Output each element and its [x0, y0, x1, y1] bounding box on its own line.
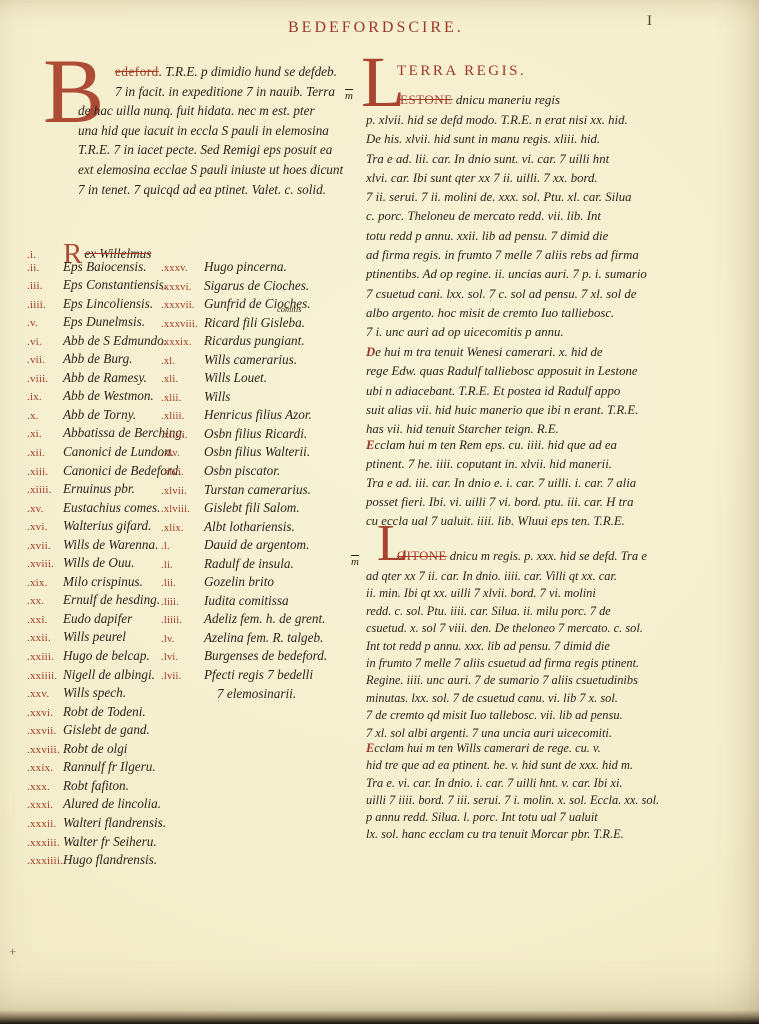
text-line: cu eccla ual 7 ualuit. iiii. lib. Wluui …: [366, 512, 708, 531]
tenant-name: Ernulf de hesding.: [63, 592, 160, 607]
tenant-numeral: .xxix.: [27, 762, 63, 774]
paragraph-lines: De hui m tra tenuit Wenesi camerari. x. …: [366, 343, 708, 439]
text-line: una hid que iacuit in eccla S pauli in e…: [78, 121, 372, 141]
tenant-numeral: .ii.: [27, 262, 63, 274]
tenant-row: .xxxiii.Walter fr Seiheru.: [27, 834, 232, 853]
struck-place-name: edeford: [115, 64, 159, 79]
tenant-name: Canonici de Lundon.: [63, 444, 174, 459]
tenant-name: Abb de Torny.: [63, 407, 136, 422]
tenant-numeral: .xxxi.: [27, 799, 63, 811]
tenant-numeral: .xxxii.: [27, 818, 63, 830]
terra-regis-heading: TERRA REGIS.: [397, 63, 526, 80]
tenant-name: Eps Constantiensis.: [63, 277, 167, 292]
tenant-numeral: .xxxv.: [161, 263, 204, 274]
tenant-row: .xxix.Rannulf fr Ilgeru.: [27, 759, 232, 778]
tenant-numeral: .iiii.: [27, 299, 63, 311]
tenant-name: Adeliz fem. h. de grent.: [204, 611, 325, 626]
tenant-numeral: .liiii.: [161, 615, 204, 626]
text-line: 7 in facit. in expeditione 7 in nauib. T…: [115, 82, 372, 102]
tenant-name: Dauid de argentom.: [204, 537, 309, 552]
lestone-paragraph: p. xlvii. hid se defd modo. T.R.E. n era…: [366, 111, 708, 343]
tenant-name: Wills de Ouu.: [63, 555, 134, 570]
text-line: totu redd p annu. xxii. lib ad pensu. 7 …: [366, 227, 708, 246]
tenant-numeral: .xlvi.: [161, 467, 204, 478]
text-line: posset fieri. Ibi. vi. uilli 7 vi. bord.…: [366, 493, 708, 512]
text-line: Regine. iiii. unc auri. 7 de sumario 7 a…: [366, 672, 708, 689]
tenant-name: Turstan camerarius.: [204, 482, 311, 497]
tenant-row: .l.Dauid de argentom.: [161, 537, 406, 556]
opening-paragraph: edeford. T.R.E. p dimidio hund se defdeb…: [78, 62, 372, 199]
tenant-row: .xxvi.Robt de Todeni.: [27, 704, 232, 723]
tenant-name: Albt lothariensis.: [204, 519, 295, 534]
text-line: Ecclam hui m ten Rem eps. cu. iiii. hid …: [366, 436, 708, 455]
tenant-numeral: .xl.: [161, 356, 204, 367]
tenant-name: Osbn filius Walterii.: [204, 444, 310, 459]
tenant-name: Hugo flandrensis.: [63, 852, 157, 867]
tenant-numeral: .xxx.: [27, 781, 63, 793]
tenant-numeral: .ix.: [27, 391, 63, 403]
tenant-name: Radulf de insula.: [204, 556, 294, 571]
tenant-name: Hugo pincerna.: [204, 259, 287, 274]
tenant-numeral: .v.: [27, 317, 63, 329]
tenant-name: Robt de Todeni.: [63, 704, 146, 719]
text-line: 7 de cremto qd misit Iuo tallebosc. vii.…: [366, 707, 708, 724]
text-line: uilli 7 iiii. bord. 7 iii. serui. 7 i. m…: [366, 792, 708, 809]
tenant-numeral: .xli.: [161, 374, 204, 385]
tenant-numeral: .lii.: [161, 578, 204, 589]
tenant-name: Wills spech.: [63, 685, 126, 700]
text-line: de hac uilla nunq. fuit hidata. nec m es…: [78, 101, 372, 121]
tenant-name: Robt de olgi: [63, 741, 127, 756]
text-line: xlvi. car. Ibi sunt qter xx 7 ii. uilli.…: [366, 169, 708, 188]
tenant-name: Milo crispinus.: [63, 574, 143, 589]
tenant-numeral: .xiii.: [27, 466, 63, 478]
interlinear-gloss: comitis: [277, 304, 302, 314]
margin-cross-mark: +: [9, 944, 16, 960]
text-line: ptinent. 7 he. iiii. coputant in. xlvii.…: [366, 455, 708, 474]
tenant-numeral: .xv.: [27, 503, 63, 515]
opening-lines: 7 in facit. in expeditione 7 in nauib. T…: [78, 82, 372, 200]
tenant-numeral: .liii.: [161, 597, 204, 608]
page-bottom-edge: [0, 1010, 759, 1024]
tenant-numeral: .xii.: [27, 447, 63, 459]
tenant-numeral: .xlix.: [161, 523, 204, 534]
tenant-numeral: .xxxix.: [161, 337, 204, 348]
paragraph-lines: p. xlvii. hid se defd modo. T.R.E. n era…: [366, 111, 708, 343]
text-line: De hui m tra tenuit Wenesi camerari. x. …: [366, 343, 708, 362]
text-line: hid tre que ad ea ptinent. he. v. hid su…: [366, 757, 708, 774]
text-line: 7 i. unc auri ad op uicecomitis p annu.: [366, 323, 708, 342]
tenant-numeral: .xxv.: [27, 688, 63, 700]
tenant-numeral: .xxxvi.: [161, 282, 204, 293]
tenant-name: Gislebt fili Salom.: [204, 500, 300, 515]
text-line: Tra e. vi. car. In dnio. i. car. 7 uilli…: [366, 775, 708, 792]
text-line: c. porc. Theloneu de mercato redd. vii. …: [366, 207, 708, 226]
tenant-name: Hugo de belcap.: [63, 648, 150, 663]
text-line: p annu redd. Silua. l. porc. Int totu ua…: [366, 809, 708, 826]
tenant-name: Abb de Ramesy.: [63, 370, 147, 385]
tenant-name: Rannulf fr Ilgeru.: [63, 759, 156, 774]
tenant-numeral: .xvii.: [27, 540, 63, 552]
tenant-name: Eps Baiocensis.: [63, 259, 147, 274]
tenant-name: Osbn piscator.: [204, 463, 280, 478]
tenant-name: Wills camerarius.: [204, 352, 297, 367]
tenant-name: Iudita comitissa: [204, 593, 289, 608]
tenant-numeral: .xvi.: [27, 521, 63, 533]
tenant-numeral: .xxiiii.: [27, 670, 63, 682]
text-line: lx. sol. hanc ecclam cu tra tenuit Morca…: [366, 826, 708, 843]
tenant-numeral: .xix.: [27, 577, 63, 589]
tenant-name: Eudo dapifer: [63, 611, 132, 626]
tenant-name: Walterius gifard.: [63, 518, 151, 533]
tenant-numeral: .xxii.: [27, 632, 63, 644]
tenant-row: .xxvii.Gislebt de gand.: [27, 722, 232, 741]
tenant-name: Nigell de albingi.: [63, 667, 155, 682]
tenant-name: Osbn filius Ricardi.: [204, 426, 307, 441]
ecclesia-loitone-paragraph: Ecclam hui m ten Wills camerari de rege.…: [366, 740, 708, 844]
tenant-numeral: .xxiii.: [27, 651, 63, 663]
text-line: ESTONE dnicu maneriu regis: [400, 92, 560, 108]
tenant-numeral: .l.: [161, 541, 204, 552]
tenant-name: Wills peurel: [63, 629, 126, 644]
tenant-numeral: .lvi.: [161, 652, 204, 663]
text-line: Ecclam hui m ten Wills camerari de rege.…: [366, 740, 708, 757]
tenant-name: Eustachius comes.: [63, 500, 160, 515]
tenant-name: Walteri flandrensis.: [63, 815, 166, 830]
text-line: albo argento. hoc misit de cremto Iuo ta…: [366, 304, 708, 323]
tenant-numeral: .x.: [27, 410, 63, 422]
tenant-name: Ernuinus pbr.: [63, 481, 135, 496]
text-line: ad firma regis. in frumto 7 melle 7 alii…: [366, 246, 708, 265]
text-line: 7 ii. serui. 7 ii. molini de. xxx. sol. …: [366, 188, 708, 207]
tenant-numeral: .xxviii.: [27, 744, 63, 756]
text-line: edeford. T.R.E. p dimidio hund se defdeb…: [115, 62, 372, 82]
tenant-numeral: .xxxviii.: [161, 319, 204, 330]
tenant-numeral: .xx.: [27, 595, 63, 607]
text-line: ptinentibs. Ad op regine. ii. uncias aur…: [366, 265, 708, 284]
tenant-row: .xxviii.Robt de olgi: [27, 741, 232, 760]
drop-cap-l-lestone: L: [361, 48, 405, 116]
tenant-numeral: .xlv.: [161, 448, 204, 459]
tenant-row: .xxxii.Walteri flandrensis.: [27, 815, 232, 834]
tenant-name: Wills: [204, 389, 230, 404]
tenant-numeral: .vi.: [27, 336, 63, 348]
tenant-numeral: .xliii.: [161, 411, 204, 422]
tenant-row: .xxxi.Alured de lincolia.: [27, 796, 232, 815]
tenant-name: Wills Louet.: [204, 370, 267, 385]
text-line: Tra e ad. iii. car. In dnio e. i. car. 7…: [366, 474, 708, 493]
text-line: T.R.E. 7 in iacet pecte. Sed Remigi eps …: [78, 140, 372, 160]
text-line: ubi n adiacebant. T.R.E. Et postea id Ra…: [366, 382, 708, 401]
tenant-name: Pfecti regis 7 bedelli: [204, 667, 313, 682]
tenant-name: Gislebt de gand.: [63, 722, 150, 737]
tenant-numeral: .xiiii.: [27, 484, 63, 496]
tenant-numeral: .xlii.: [161, 393, 204, 404]
text-line: csuetud. x. sol 7 viii. den. De theloneo…: [366, 620, 708, 637]
text-line: suit alias vii. hid huic manerio que ibi…: [366, 401, 708, 420]
ecclesia-lestone-paragraph: Ecclam hui m ten Rem eps. cu. iiii. hid …: [366, 436, 708, 531]
text-line: OITONE dnicu m regis. p. xxx. hid se def…: [397, 549, 647, 564]
tenant-numeral: .lvii.: [161, 671, 204, 682]
text-line: Int tot redd p annu. xxx. lib ad pensu. …: [366, 638, 708, 655]
tenant-name: Ricardus pungiant.: [204, 333, 305, 348]
text-line: De his. xlvii. hid sunt in manu regis. x…: [366, 130, 708, 149]
tenant-numeral: .xi.: [27, 428, 63, 440]
tenant-numeral: .xxxiiii.: [27, 855, 63, 867]
text-line: redd. c. sol. Ptu. iiii. car. Silua. ii.…: [366, 603, 708, 620]
struck-place-name: OITONE: [397, 549, 447, 563]
text-line: 7 csuetud cani. lxx. sol. 7 c. sol ad pe…: [366, 285, 708, 304]
tenant-numeral: .xxxvii.: [161, 300, 204, 311]
tenant-numeral: .xlviii.: [161, 504, 204, 515]
tenant-name: Gozelin brito: [204, 574, 274, 589]
folio-number: I: [647, 13, 652, 30]
tenant-name: Eps Dunelmsis.: [63, 314, 145, 329]
tenant-row: .xxxiiii.Hugo flandrensis.: [27, 852, 232, 871]
tenant-name: Azelina fem. R. talgeb.: [204, 630, 323, 645]
text-run: dnicu maneriu regis: [453, 92, 560, 107]
tenant-numeral: .iii.: [27, 280, 63, 292]
struck-place-name: ESTONE: [400, 92, 453, 107]
wenesi-paragraph: De hui m tra tenuit Wenesi camerari. x. …: [366, 343, 708, 439]
tenant-name: Burgenses de bedeford.: [204, 648, 327, 663]
tenant-numeral: .li.: [161, 560, 204, 571]
tenant-name: Walter fr Seiheru.: [63, 834, 157, 849]
text-line: p. xlvii. hid se defd modo. T.R.E. n era…: [366, 111, 708, 130]
tenant-numeral: .xxvii.: [27, 725, 63, 737]
text-line: ii. min. Ibi qt xx. uilli 7 xlvii. bord.…: [366, 585, 708, 602]
loitone-paragraph: ad qter xx 7 ii. car. In dnio. iiii. car…: [366, 568, 708, 742]
tenant-name: Ricard fili Gisleba.: [204, 315, 305, 330]
tenant-numeral: .viii.: [27, 373, 63, 385]
tenant-numeral: .xxxiii.: [27, 837, 63, 849]
text-run: dnicu m regis. p. xxx. hid se defd. Tra …: [447, 549, 647, 563]
text-line: ext elemosina ecclae S pauli iniuste ut …: [78, 160, 372, 180]
tenant-name: Abb de S Edmundo.: [63, 333, 167, 348]
text-line: rege Edw. quas Radulf talliebosc apposui…: [366, 362, 708, 381]
tenant-name: Eps Lincoliensis.: [63, 296, 153, 311]
text-line: Tra e ad. lii. car. In dnio sunt. vi. ca…: [366, 150, 708, 169]
text-line: minutas. lxx. sol. 7 de csuetud canu. vi…: [366, 690, 708, 707]
manerium-mark: m: [351, 556, 359, 568]
tenant-name: Abb de Westmon.: [63, 388, 154, 403]
tenant-name: Abb de Burg.: [63, 351, 132, 366]
tenant-numeral: .xviii.: [27, 558, 63, 570]
tenant-numeral: .xliiii.: [161, 430, 204, 441]
tenant-numeral: .xlvii.: [161, 486, 204, 497]
text-line: ad qter xx 7 ii. car. In dnio. iiii. car…: [366, 568, 708, 585]
manuscript-page: BEDEFORDSCIRE. I B edeford. T.R.E. p dim…: [0, 0, 759, 1024]
page-title: BEDEFORDSCIRE.: [288, 19, 464, 37]
tenant-name: Wills de Warenna.: [63, 537, 158, 552]
tenant-name: Henricus filius Azor.: [204, 407, 312, 422]
tenant-row: .xxx.Robt fafiton.: [27, 778, 232, 797]
tenant-numeral: .lv.: [161, 634, 204, 645]
paragraph-lines: Ecclam hui m ten Rem eps. cu. iiii. hid …: [366, 436, 708, 531]
tenant-row-rex: .i.Rex Willelmus: [27, 240, 232, 259]
tenant-name: Sigarus de Cioches.: [204, 278, 309, 293]
paragraph-lines: ad qter xx 7 ii. car. In dnio. iiii. car…: [366, 568, 708, 742]
tenant-name: Alured de lincolia.: [63, 796, 161, 811]
text-run: . T.R.E. p dimidio hund se defdeb.: [159, 64, 337, 79]
tenant-numeral: .vii.: [27, 354, 63, 366]
text-line: 7 in tenet. 7 quicqd ad ea ptinet. Valet…: [78, 180, 372, 200]
paragraph-lines: Ecclam hui m ten Wills camerari de rege.…: [366, 740, 708, 844]
manerium-mark: m: [345, 90, 353, 102]
tenant-name: Robt fafiton.: [63, 778, 129, 793]
tenant-numeral: .xxi.: [27, 614, 63, 626]
tenant-numeral: .xxvi.: [27, 707, 63, 719]
text-line: in frumto 7 melle 7 aliis csuetud ad fir…: [366, 655, 708, 672]
